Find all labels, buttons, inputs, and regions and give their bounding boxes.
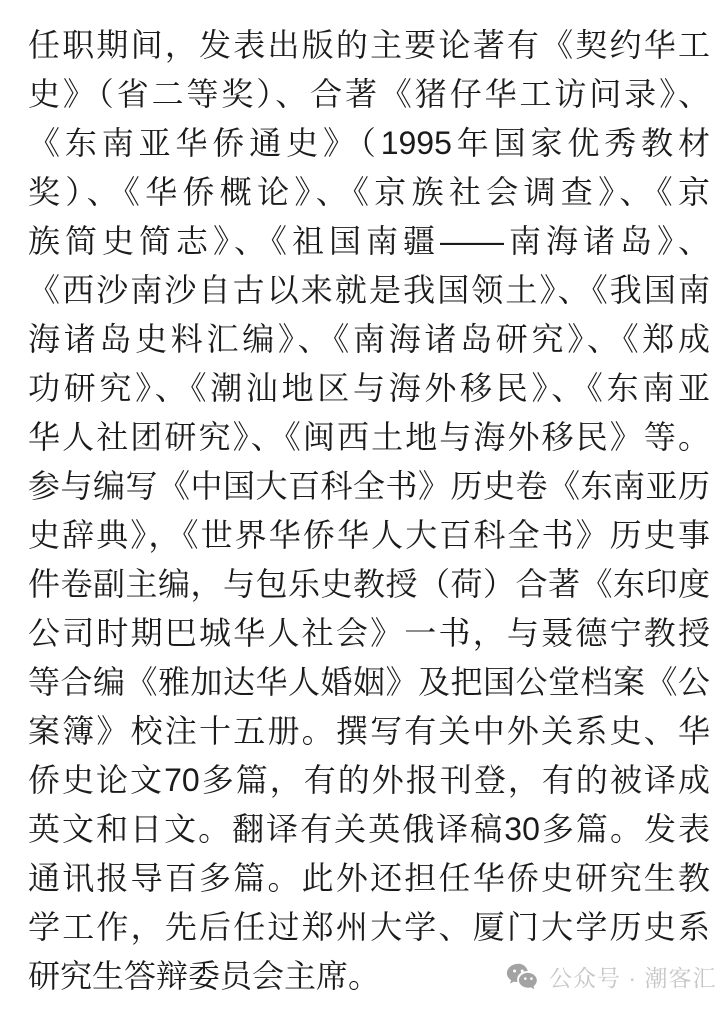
text-line: 通讯报导百多篇。此外还担任华侨史研究生教: [28, 854, 710, 903]
text-line: 任职期间，发表出版的主要论著有《契约华工: [28, 21, 710, 70]
watermark: 公众号 · 潮客汇: [506, 960, 716, 992]
text-line: 史辞典》，《世界华侨华人大百科全书》历史事: [28, 511, 710, 560]
text-line: 华人社团研究》、《闽西土地与海外移民》等。: [28, 413, 710, 462]
text-line: 学工作，先后任过郑州大学、厦门大学历史系: [28, 903, 710, 952]
text-line: 等合编《雅加达华人婚姻》及把国公堂档案《公: [28, 658, 710, 707]
text-line: 奖）、《华侨概论》、《京族社会调查》、《京: [28, 168, 710, 217]
text-line: 《西沙南沙自古以来就是我国领土》、《我国南: [28, 266, 710, 315]
article-text: 任职期间，发表出版的主要论著有《契约华工史》（省二等奖）、合著《猪仔华工访问录》…: [28, 21, 710, 1001]
text-line: 海诸岛史料汇编》、《南海诸岛研究》、《郑成: [28, 315, 710, 364]
article-page: 任职期间，发表出版的主要论著有《契约华工史》（省二等奖）、合著《猪仔华工访问录》…: [0, 0, 720, 1022]
text-line: 《东南亚华侨通史》（1995年国家优秀教材: [28, 119, 710, 168]
watermark-label: 公众号 · 潮客汇: [549, 960, 716, 993]
text-line: 英文和日文。翻译有关英俄译稿30多篇。发表: [28, 805, 710, 854]
text-line: 侨史论文70多篇，有的外报刊登，有的被译成: [28, 756, 710, 805]
text-line: 件卷副主编，与包乐史教授（荷）合著《东印度: [28, 560, 710, 609]
text-line: 公司时期巴城华人社会》一书，与聂德宁教授: [28, 609, 710, 658]
text-line: 史》（省二等奖）、合著《猪仔华工访问录》、: [28, 70, 710, 119]
text-line: 功研究》、《潮汕地区与海外移民》、《东南亚: [28, 364, 710, 413]
text-line: 参与编写《中国大百科全书》历史卷《东南亚历: [28, 462, 710, 511]
text-line: 族简史简志》、《祖国南疆——南海诸岛》、: [28, 217, 710, 266]
wechat-icon: [506, 963, 540, 990]
text-line: 案簿》校注十五册。撰写有关中外关系史、华: [28, 707, 710, 756]
